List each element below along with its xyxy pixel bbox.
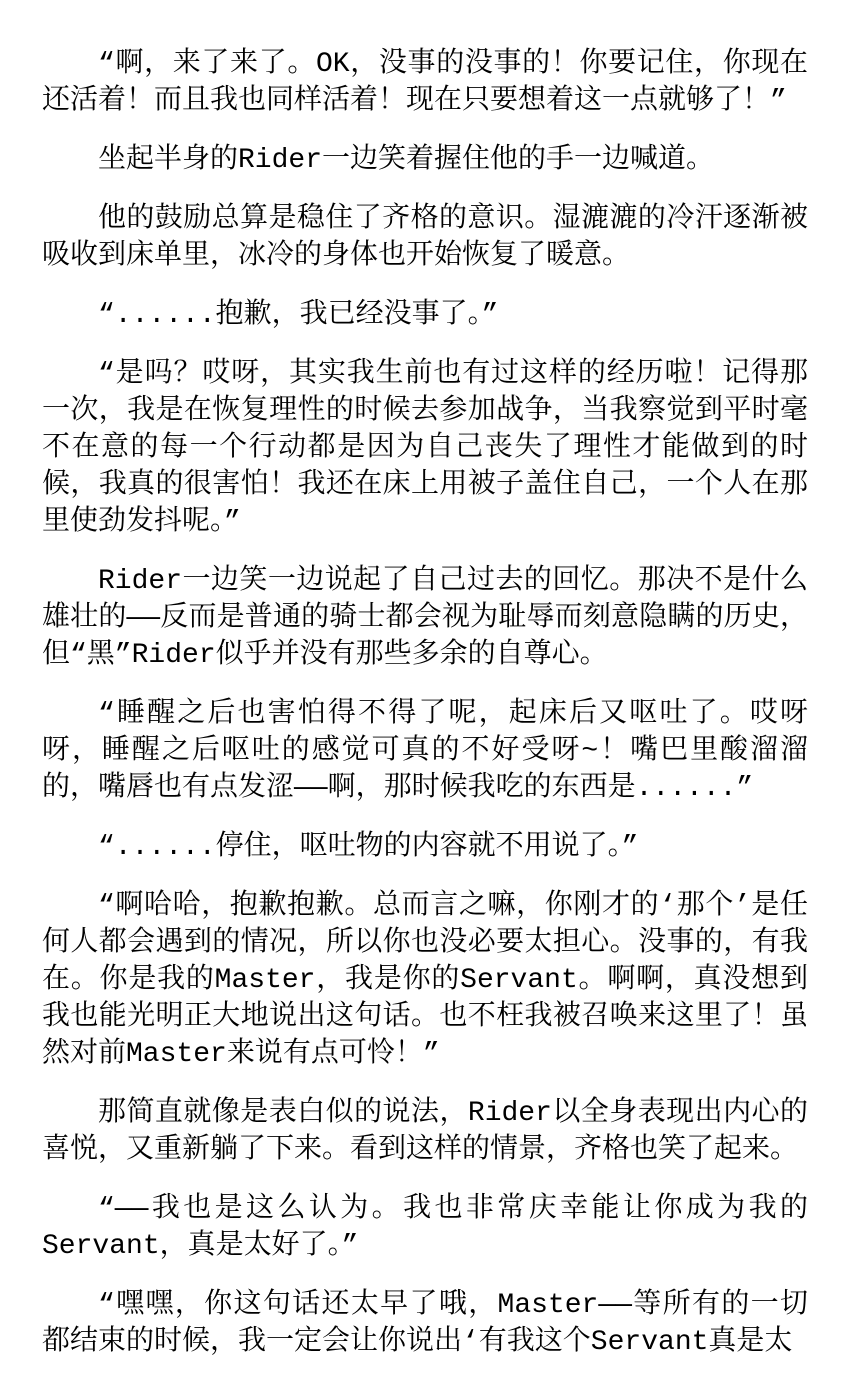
paragraph-narration: 那简直就像是表白似的说法，Rider以全身表现出内心的喜悦，又重新躺了下来。看到… [42, 1095, 808, 1169]
paragraph-narration: 坐起半身的Rider一边笑着握住他的手一边喊道。 [42, 142, 808, 179]
paragraph-narration: 他的鼓励总算是稳住了齐格的意识。湿漉漉的冷汗逐渐被吸收到床单里，冰冷的身体也开始… [42, 201, 808, 275]
paragraph-dialogue: “啊哈哈，抱歉抱歉。总而言之嘛，你刚才的‘那个’是任何人都会遇到的情况，所以你也… [42, 888, 808, 1073]
paragraph-dialogue: “......停住，呕吐物的内容就不用说了。” [42, 829, 808, 866]
novel-text-page: “啊，来了来了。OK，没事的没事的！你要记住，你现在还活着！而且我也同样活着！现… [0, 0, 850, 1400]
paragraph-narration: Rider一边笑一边说起了自己过去的回忆。那决不是什么雄壮的——反而是普通的骑士… [42, 563, 808, 674]
paragraph-dialogue: “——我也是这么认为。我也非常庆幸能让你成为我的Servant，真是太好了。” [42, 1191, 808, 1265]
paragraph-dialogue: “睡醒之后也害怕得不得了呢，起床后又呕吐了。哎呀呀，睡醒之后呕吐的感觉可真的不好… [42, 696, 808, 807]
paragraph-dialogue: “啊，来了来了。OK，没事的没事的！你要记住，你现在还活着！而且我也同样活着！现… [42, 46, 808, 120]
paragraph-dialogue: “......抱歉，我已经没事了。” [42, 297, 808, 334]
paragraph-dialogue: “是吗？哎呀，其实我生前也有过这样的经历啦！记得那一次，我是在恢复理性的时候去参… [42, 356, 808, 541]
paragraph-dialogue: “嘿嘿，你这句话还太早了哦，Master——等所有的一切都结束的时候，我一定会让… [42, 1287, 808, 1361]
